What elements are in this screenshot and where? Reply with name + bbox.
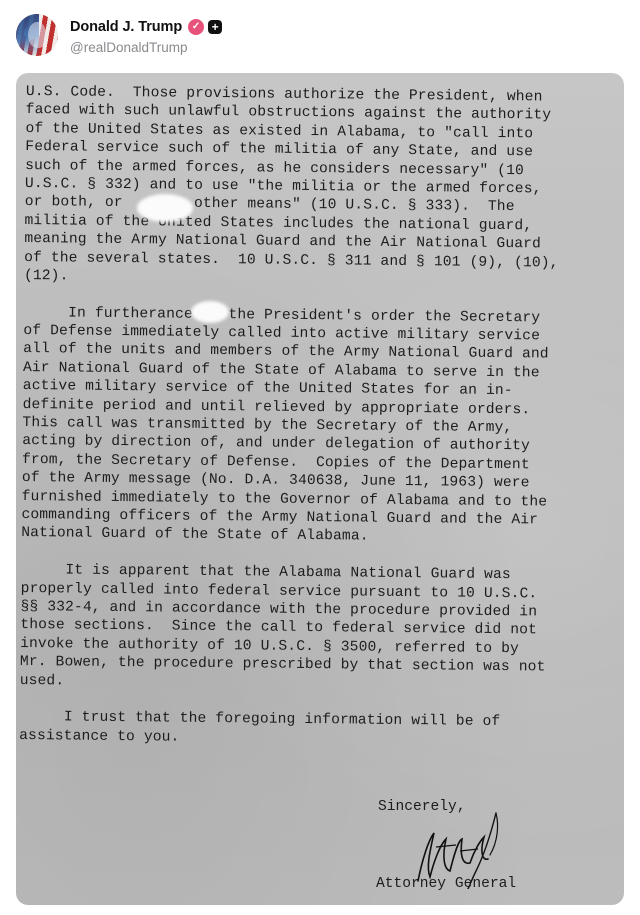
plus-badge-icon: + [208, 20, 222, 34]
name-row: Donald J. Trump ✓ + [70, 16, 222, 38]
verified-badge-icon: ✓ [188, 19, 204, 35]
author-info: Donald J. Trump ✓ + @realDonaldTrump [70, 16, 222, 55]
letter-body: U.S. Code. Those provisions authorize th… [19, 83, 624, 751]
post-header: Donald J. Trump ✓ + @realDonaldTrump [16, 13, 222, 57]
redaction-blot [137, 194, 193, 222]
author-display-name[interactable]: Donald J. Trump [70, 19, 182, 35]
avatar[interactable] [16, 14, 58, 56]
attached-letter-image[interactable]: U.S. Code. Those provisions authorize th… [16, 73, 624, 905]
author-handle[interactable]: @realDonaldTrump [70, 40, 222, 55]
signer-title: Attorney General [376, 876, 516, 892]
redaction-blot [191, 301, 229, 323]
